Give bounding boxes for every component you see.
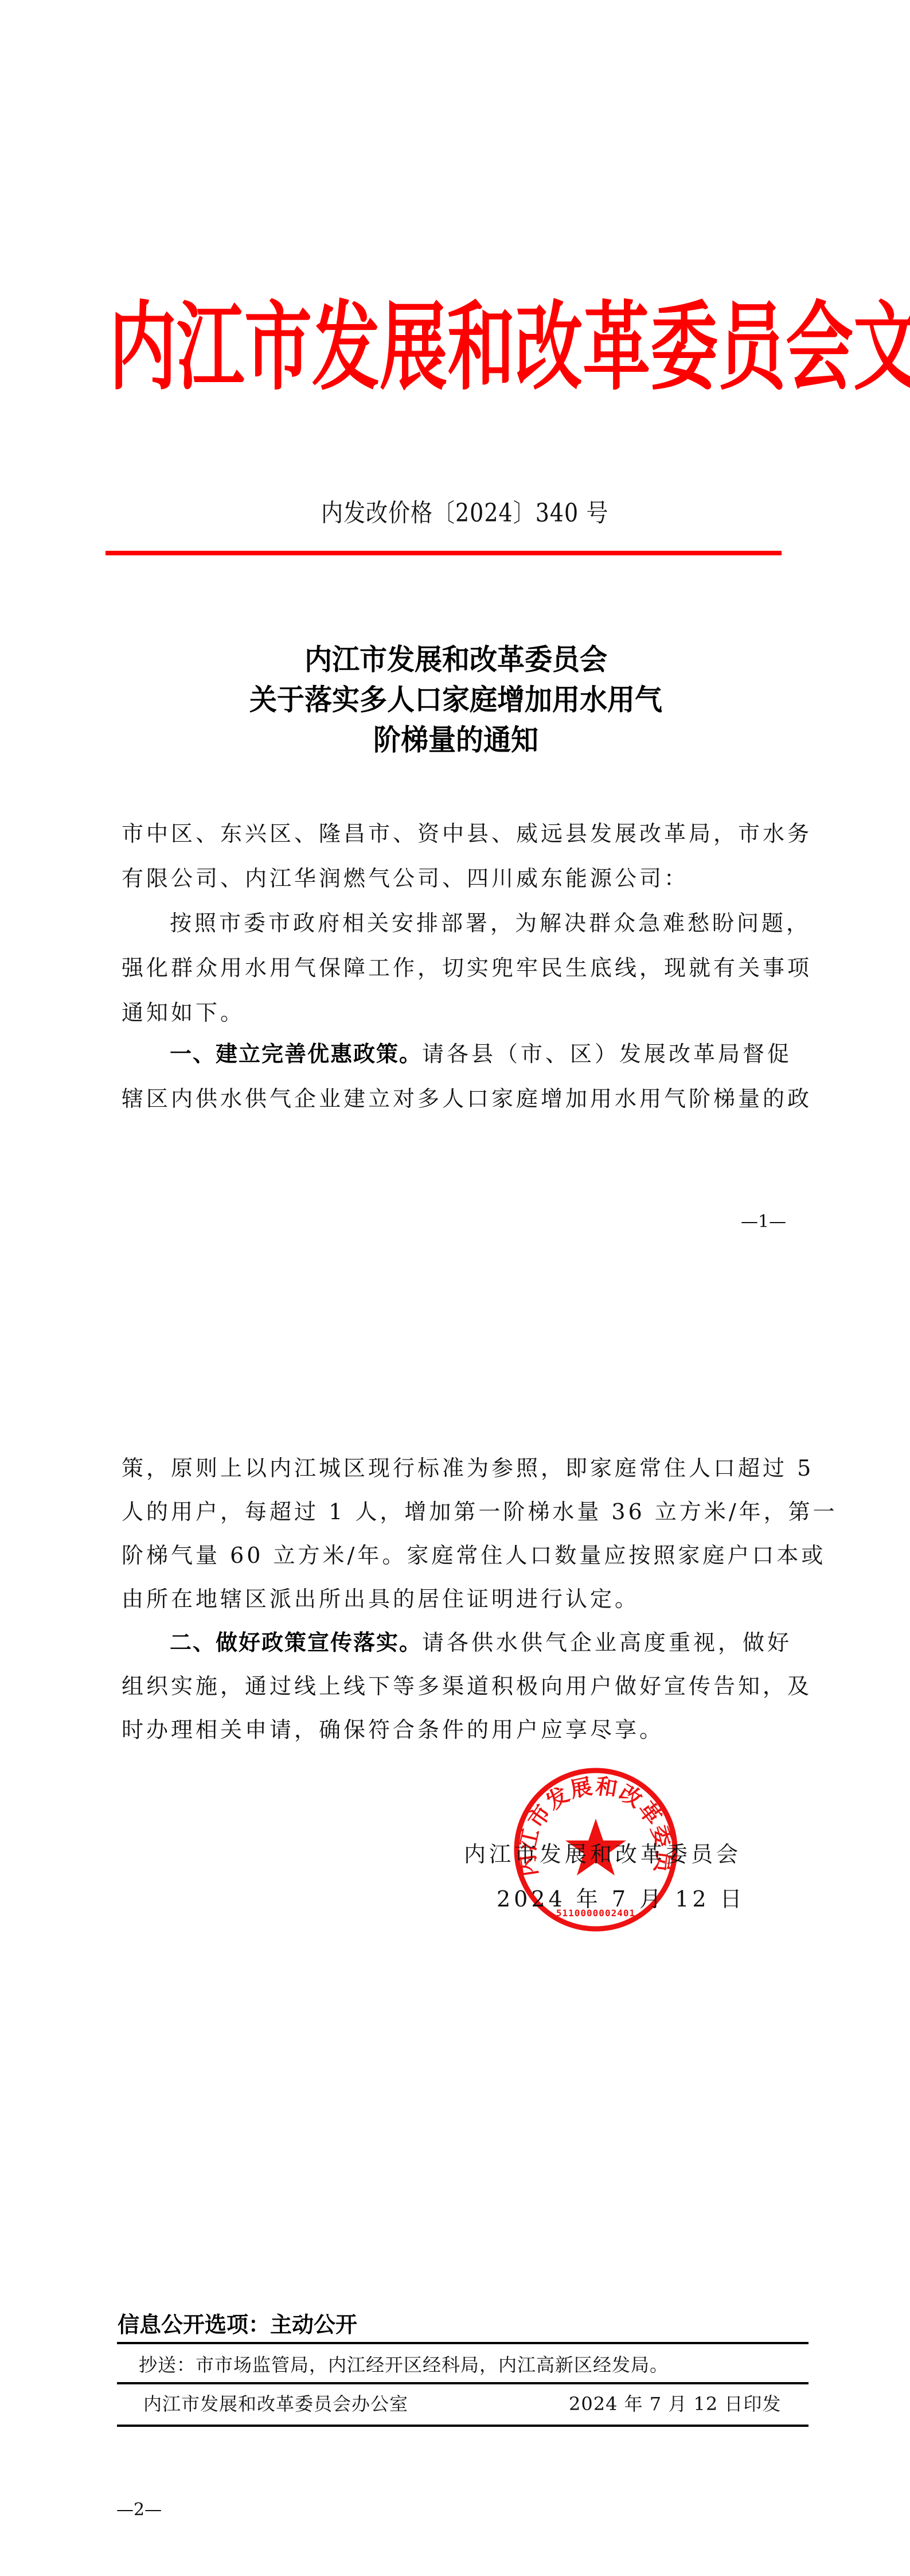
masthead-char: 文 xyxy=(853,274,910,421)
section-1-line: 由所在地辖区派出所出具的居住证明进行认定。 xyxy=(122,1586,810,1612)
issue-date: 2024 年 7 月 12 日印发 xyxy=(569,2391,781,2417)
section-1-line: 策，原则上以内江城区现行标准为参照，即家庭常住人口超过 5 xyxy=(122,1456,810,1481)
cc-recipients: 抄送：市市场监管局，内江经开区经科局，内江高新区经发局。 xyxy=(139,2352,669,2377)
title-text: 关于落实多人口家庭增加用水用气 xyxy=(249,683,662,717)
page-number-1: —1— xyxy=(741,1212,786,1232)
section-2-line: 组织实施，通过线上线下等多渠道积极向用户做好宣传告知，及 xyxy=(122,1674,810,1699)
disclosure-value: 主动公开 xyxy=(270,2312,357,2337)
section-1-text: 请各县（市、区）发展改革局督促 xyxy=(422,1041,792,1067)
recipients-line: 市中区、东兴区、隆昌市、资中县、威远县发展改革局，市水务 xyxy=(122,821,810,846)
section-1-line: 一、建立完善优惠政策。请各县（市、区）发展改革局督促 xyxy=(170,1041,858,1067)
intro-paragraph-line: 强化群众用水用气保障工作，切实兜牢民生底线，现就有关事项 xyxy=(122,955,810,980)
signature-date: 2024 年 7 月 12 日 xyxy=(497,1886,745,1912)
masthead-title: 内 江 市 发 展 和 改 革 委 员 会 文 件 xyxy=(109,295,781,399)
masthead-char: 会 xyxy=(786,274,853,421)
document-number: 内发改价格〔2024〕340 号 xyxy=(321,499,599,527)
section-1-line: 人的用户，每超过 1 人，增加第一阶梯水量 36 立方米/年，第一 xyxy=(122,1499,810,1524)
section-2-text: 请各供水供气企业高度重视，做好 xyxy=(422,1630,792,1655)
disclosure-option: 信息公开选项：主动公开 xyxy=(118,2312,357,2338)
notice-title-line-2: 关于落实多人口家庭增加用水用气 xyxy=(86,684,826,716)
signature-organization: 内江市发展和改革委员会 xyxy=(464,1842,741,1867)
masthead-char: 江 xyxy=(177,274,244,421)
footer-rule-bottom xyxy=(117,2425,809,2427)
masthead-char: 改 xyxy=(515,274,583,421)
intro-paragraph-line: 按照市委市政府相关安排部署，为解决群众急难愁盼问题， xyxy=(170,910,858,936)
notice-title-line-1: 内江市发展和改革委员会 xyxy=(86,644,826,676)
footer-rule-top xyxy=(117,2342,809,2344)
section-1-heading: 一、建立完善优惠政策。 xyxy=(170,1041,422,1067)
masthead-char: 和 xyxy=(447,274,515,421)
page-number-2: —2— xyxy=(116,2500,162,2520)
section-2-line: 时办理相关申请，确保符合条件的用户应享尽享。 xyxy=(122,1717,810,1742)
masthead-char: 市 xyxy=(244,274,312,421)
issuing-office: 内江市发展和改革委员会办公室 xyxy=(143,2391,408,2417)
document-number-text: 内发改价格〔2024〕340 号 xyxy=(321,497,608,528)
notice-title-line-3: 阶梯量的通知 xyxy=(86,724,826,756)
masthead-char: 展 xyxy=(380,274,447,421)
title-text: 阶梯量的通知 xyxy=(373,723,538,757)
masthead-char: 员 xyxy=(718,274,786,421)
disclosure-label: 信息公开选项： xyxy=(118,2312,270,2337)
section-1-line: 阶梯气量 60 立方米/年。家庭常住人口数量应按照家庭户口本或 xyxy=(122,1543,810,1568)
masthead-char: 内 xyxy=(109,274,177,421)
section-1-line: 辖区内供水供气企业建立对多人口家庭增加用水用气阶梯量的政 xyxy=(122,1086,810,1111)
masthead-char: 委 xyxy=(650,274,718,421)
section-2-heading: 二、做好政策宣传落实。 xyxy=(170,1630,422,1655)
title-text: 内江市发展和改革委员会 xyxy=(304,643,607,677)
intro-paragraph-line: 通知如下。 xyxy=(122,1000,810,1025)
recipients-line: 有限公司、内江华润燃气公司、四川威东能源公司： xyxy=(122,866,810,891)
footer-rule-middle xyxy=(117,2382,809,2384)
red-separator-line xyxy=(106,551,782,555)
section-2-line: 二、做好政策宣传落实。请各供水供气企业高度重视，做好 xyxy=(170,1630,858,1655)
masthead-char: 革 xyxy=(583,274,650,421)
masthead-char: 发 xyxy=(312,274,380,421)
